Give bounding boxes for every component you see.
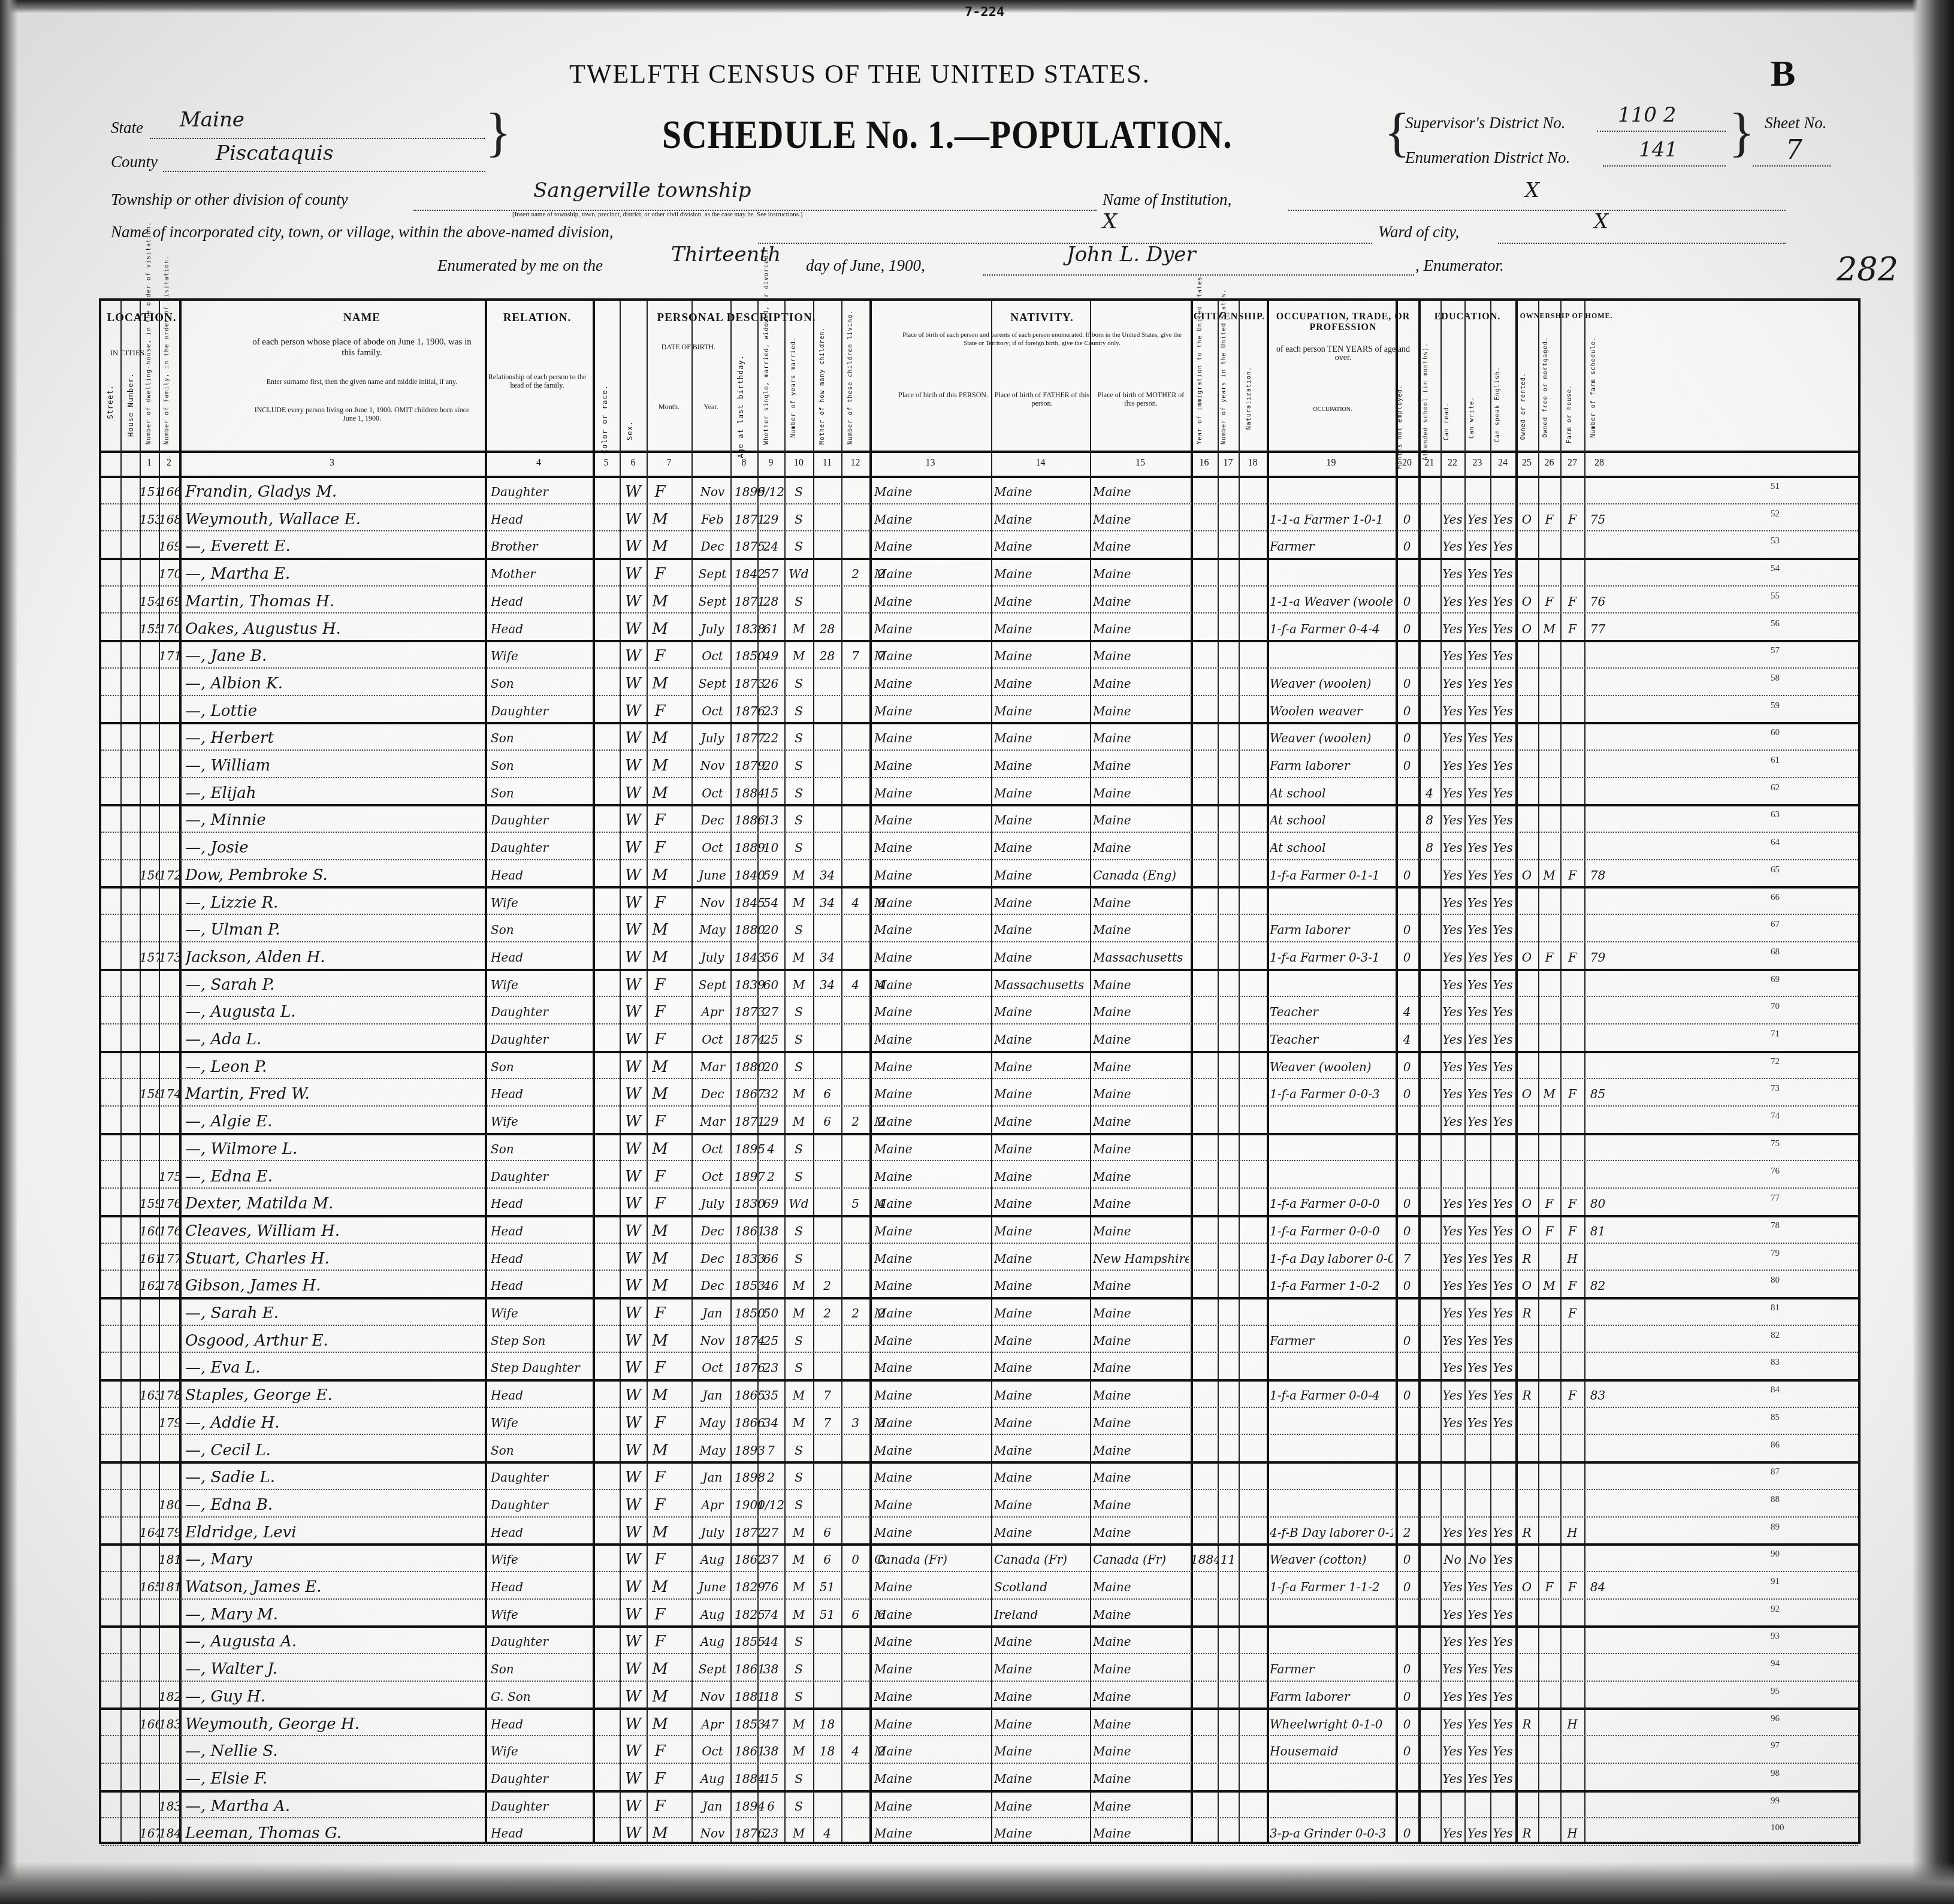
cell-bp: Maine — [874, 722, 988, 749]
cell-own: R — [1515, 1379, 1538, 1407]
cell-color: W — [620, 1489, 647, 1516]
cell-fs — [1584, 1133, 1611, 1160]
cell-rd: Yes — [1440, 1105, 1464, 1133]
cell-bf: Maine — [994, 749, 1090, 777]
header-occupation-sub: OCCUPATION. — [1273, 406, 1393, 414]
cell-fam: 181 — [159, 1571, 179, 1598]
cell-yus — [1218, 1598, 1239, 1626]
cell-ym: 28 — [813, 640, 841, 667]
cell-yus — [1218, 1078, 1239, 1105]
cell-fs — [1584, 476, 1611, 503]
table-row: 158174Martin, Fred W.HeadWMDec186732M6Ma… — [101, 1078, 1858, 1107]
cell-sex: F — [647, 1461, 674, 1489]
cell-name: —, Martha E. — [185, 558, 482, 585]
census-table: LOCATION. IN CITIES. NAME of each person… — [99, 298, 1861, 1844]
corner-number: 282 — [1837, 250, 1898, 288]
cell-fam: 178 — [159, 1270, 179, 1297]
cell-fm — [1538, 1543, 1560, 1571]
cell-fam: 184 — [159, 1817, 179, 1845]
cell-age: 18 — [757, 1681, 784, 1708]
cell-sex: M — [647, 1708, 674, 1736]
line-number: 81 — [1771, 1303, 1780, 1313]
cell-fm — [1538, 1297, 1560, 1325]
cell-month: Nov — [691, 749, 733, 777]
table-row: 162178Gibson, James H.HeadWMDec185346M2M… — [101, 1270, 1858, 1299]
cell-mo — [841, 530, 869, 558]
cell-sp: Yes — [1490, 613, 1515, 640]
cell-month: Sept — [691, 667, 733, 695]
cell-imm — [1191, 1160, 1218, 1188]
cell-mu — [1396, 558, 1418, 585]
scan-edge-left — [0, 0, 18, 1904]
cell-fam: 183 — [159, 1790, 179, 1818]
cell-sex: F — [647, 1105, 674, 1133]
cell-imm — [1191, 1243, 1218, 1270]
cell-mo — [841, 1133, 869, 1160]
cell-ym — [813, 1023, 841, 1051]
cell-rd: Yes — [1440, 914, 1464, 941]
cell-ym — [813, 558, 841, 585]
cell-wr: Yes — [1464, 1078, 1490, 1105]
county-line — [163, 171, 485, 172]
cell-wr: Yes — [1464, 1708, 1490, 1736]
cell-bp: Maine — [874, 1708, 988, 1736]
cell-fs — [1584, 1297, 1611, 1325]
cell-dw: 155 — [140, 613, 159, 640]
cell-bm: Canada (Eng) — [1093, 859, 1189, 887]
column-number: 7 — [647, 451, 691, 476]
cell-name: Frandin, Gladys M. — [185, 476, 482, 503]
cell-name: Martin, Thomas H. — [185, 585, 482, 613]
cell-nat — [1239, 969, 1267, 996]
cell-own — [1515, 1023, 1538, 1051]
cell-bf: Maine — [994, 613, 1090, 640]
cell-mar: M — [784, 1297, 813, 1325]
cell-bf: Maine — [994, 1708, 1090, 1736]
cell-month: Dec — [691, 1215, 733, 1243]
cell-sch — [1418, 667, 1440, 695]
cell-month: Oct — [691, 1352, 733, 1379]
cell-fs: 81 — [1584, 1215, 1611, 1243]
cell-bp: Maine — [874, 558, 988, 585]
cell-mu: 2 — [1396, 1516, 1418, 1544]
cell-sex: M — [647, 722, 674, 749]
cell-fh — [1560, 1105, 1584, 1133]
cell-rel: Daughter — [491, 1023, 590, 1051]
cell-fs: 79 — [1584, 941, 1611, 969]
cell-rel: Wife — [491, 969, 590, 996]
cell-sex: F — [647, 804, 674, 832]
cell-sp: Yes — [1490, 969, 1515, 996]
cell-bm: Maine — [1093, 1461, 1189, 1489]
cell-fs — [1584, 530, 1611, 558]
cell-mu — [1396, 1407, 1418, 1434]
cell-bm: Maine — [1093, 1352, 1189, 1379]
cell-dw — [140, 530, 159, 558]
cell-imm — [1191, 1434, 1218, 1462]
cell-occ — [1270, 1598, 1393, 1626]
cell-bm: Maine — [1093, 1133, 1189, 1160]
cell-ym: 4 — [813, 1817, 841, 1845]
cell-sex: M — [647, 1681, 674, 1708]
cell-color: W — [620, 1187, 647, 1215]
cell-own — [1515, 804, 1538, 832]
cell-ym: 6 — [813, 1105, 841, 1133]
cell-sex: M — [647, 585, 674, 613]
cell-own: R — [1515, 1817, 1538, 1845]
cell-bm: Maine — [1093, 1270, 1189, 1297]
cell-sex: M — [647, 749, 674, 777]
state-line — [150, 138, 485, 139]
column-number: 14 — [991, 451, 1090, 476]
cell-nat — [1239, 887, 1267, 914]
cell-mu: 7 — [1396, 1243, 1418, 1270]
table-row: 155170Oakes, Augustus H.HeadWMJuly183861… — [101, 613, 1858, 643]
cell-mu: 0 — [1396, 1681, 1418, 1708]
cell-rd: Yes — [1440, 1407, 1464, 1434]
supervisor-line — [1597, 131, 1726, 132]
cell-name: Martin, Fred W. — [185, 1078, 482, 1105]
cell-bf: Maine — [994, 1763, 1090, 1790]
cell-bm: Maine — [1093, 1051, 1189, 1078]
cell-sch: 8 — [1418, 832, 1440, 859]
cell-bf: Maine — [994, 1379, 1090, 1407]
cell-yus — [1218, 887, 1239, 914]
cell-color: W — [620, 1543, 647, 1571]
cell-rd: Yes — [1440, 1051, 1464, 1078]
cell-bp: Maine — [874, 640, 988, 667]
cell-age: 60 — [757, 969, 784, 996]
cell-sch — [1418, 1735, 1440, 1763]
supervisor-label: Supervisor's District No. — [1405, 114, 1566, 132]
cell-fh — [1560, 1133, 1584, 1160]
cell-rd — [1440, 1461, 1464, 1489]
cell-sex: M — [647, 914, 674, 941]
cell-bf: Maine — [994, 1653, 1090, 1681]
line-number: 83 — [1771, 1358, 1780, 1368]
line-number: 97 — [1771, 1741, 1780, 1751]
cell-imm — [1191, 969, 1218, 996]
cell-age: 22 — [757, 722, 784, 749]
line-number: 95 — [1771, 1687, 1780, 1697]
city-value: X — [1103, 210, 1117, 234]
cell-fam: 173 — [159, 941, 179, 969]
cell-nat — [1239, 1352, 1267, 1379]
institution-label: Name of Institution, — [1103, 191, 1231, 209]
cell-color: W — [620, 476, 647, 503]
cell-mo: 7 — [841, 640, 869, 667]
line-number: 62 — [1771, 783, 1780, 793]
cell-color: W — [620, 530, 647, 558]
cell-month: Aug — [691, 1598, 733, 1626]
cell-fs — [1584, 667, 1611, 695]
cell-age: 15 — [757, 1763, 784, 1790]
cell-occ: 1-f-a Farmer 0-3-1 — [1270, 941, 1393, 969]
cell-ym — [813, 1160, 841, 1188]
cell-month: Mar — [691, 1105, 733, 1133]
cell-bf: Maine — [994, 804, 1090, 832]
cell-fm — [1538, 1352, 1560, 1379]
county-value: Piscataquis — [216, 141, 333, 165]
cell-mo — [841, 804, 869, 832]
cell-occ: Wheelwright 0-1-0 — [1270, 1708, 1393, 1736]
cell-sp: Yes — [1490, 1243, 1515, 1270]
cell-fm: M — [1538, 859, 1560, 887]
cell-color: W — [620, 969, 647, 996]
table-row: —, Eva L.Step DaughterWFOct187623SMaineM… — [101, 1352, 1858, 1382]
cell-dw: 157 — [140, 941, 159, 969]
cell-sp — [1490, 1133, 1515, 1160]
cell-month: Nov — [691, 1325, 733, 1352]
cell-month: Oct — [691, 695, 733, 723]
cell-bm: Maine — [1093, 1325, 1189, 1352]
cell-rel: Head — [491, 1078, 590, 1105]
cell-mu — [1396, 1434, 1418, 1462]
cell-sch — [1418, 1708, 1440, 1736]
line-number: 80 — [1771, 1276, 1780, 1286]
cell-mu — [1396, 1297, 1418, 1325]
cell-dw — [140, 1489, 159, 1516]
cell-fam — [159, 996, 179, 1023]
table-row: —, Lizzie R.WifeWFNov184554M3449MaineMai… — [101, 887, 1858, 915]
cell-fam — [159, 969, 179, 996]
cell-wr — [1464, 476, 1490, 503]
cell-wr: Yes — [1464, 1407, 1490, 1434]
line-number: 84 — [1771, 1385, 1780, 1395]
cell-fh — [1560, 777, 1584, 805]
cell-mo — [841, 1078, 869, 1105]
cell-sch: 8 — [1418, 804, 1440, 832]
column-number: 26 — [1538, 451, 1560, 476]
cell-rel: Son — [491, 1653, 590, 1681]
cell-fh — [1560, 1434, 1584, 1462]
cell-fm — [1538, 695, 1560, 723]
cell-nat — [1239, 640, 1267, 667]
cell-ym — [813, 777, 841, 805]
cell-age: 24 — [757, 530, 784, 558]
cell-fh: F — [1560, 941, 1584, 969]
cell-dw — [140, 1160, 159, 1188]
cell-mo — [841, 1243, 869, 1270]
cell-dw — [140, 1790, 159, 1818]
cell-mar: M — [784, 1735, 813, 1763]
line-number: 60 — [1771, 728, 1780, 738]
cell-sch — [1418, 859, 1440, 887]
cell-fh: F — [1560, 1078, 1584, 1105]
cell-sch — [1418, 1379, 1440, 1407]
cell-mar: S — [784, 777, 813, 805]
cell-sch — [1418, 1763, 1440, 1790]
cell-rel: Daughter — [491, 1160, 590, 1188]
cell-mar: S — [784, 749, 813, 777]
cell-age: 74 — [757, 1598, 784, 1626]
cell-occ — [1270, 1407, 1393, 1434]
cell-bm: Maine — [1093, 1489, 1189, 1516]
vh-family: Number of family, in the order of visita… — [164, 337, 170, 445]
cell-age: 66 — [757, 1243, 784, 1270]
cell-color: W — [620, 503, 647, 531]
column-number: 12 — [841, 451, 869, 476]
schedule-title: SCHEDULE No. 1.—POPULATION. — [662, 111, 1233, 158]
cell-wr: Yes — [1464, 530, 1490, 558]
cell-color: W — [620, 722, 647, 749]
cell-mar: S — [784, 1133, 813, 1160]
cell-rel: Son — [491, 667, 590, 695]
cell-rel: Wife — [491, 887, 590, 914]
cell-imm — [1191, 1461, 1218, 1489]
cell-fh — [1560, 1023, 1584, 1051]
cell-color: W — [620, 1160, 647, 1188]
cell-rd — [1440, 1489, 1464, 1516]
cell-yus — [1218, 585, 1239, 613]
cell-imm — [1191, 1078, 1218, 1105]
cell-yus — [1218, 667, 1239, 695]
cell-name: —, Minnie — [185, 804, 482, 832]
cell-dw: 166 — [140, 1708, 159, 1736]
cell-sp — [1490, 476, 1515, 503]
cell-month: June — [691, 1571, 733, 1598]
cell-rd: Yes — [1440, 749, 1464, 777]
cell-age: 38 — [757, 1215, 784, 1243]
cell-rel: Head — [491, 1270, 590, 1297]
cell-own — [1515, 1407, 1538, 1434]
cell-wr: Yes — [1464, 1598, 1490, 1626]
cell-bp: Maine — [874, 1407, 988, 1434]
line-number: 55 — [1771, 591, 1780, 602]
cell-rel: Head — [491, 1187, 590, 1215]
cell-name: —, Ada L. — [185, 1023, 482, 1051]
cell-fs — [1584, 887, 1611, 914]
cell-color: W — [620, 1379, 647, 1407]
cell-month: Aug — [691, 1625, 733, 1653]
line-number: 59 — [1771, 701, 1780, 711]
column-number: 27 — [1560, 451, 1584, 476]
cell-mu: 0 — [1396, 1051, 1418, 1078]
cell-sch — [1418, 1461, 1440, 1489]
line-number: 74 — [1771, 1111, 1780, 1122]
cell-ym — [813, 804, 841, 832]
cell-bf: Maine — [994, 1817, 1090, 1845]
cell-mu — [1396, 1160, 1418, 1188]
cell-fs — [1584, 1653, 1611, 1681]
cell-age: 29 — [757, 503, 784, 531]
cell-bp: Maine — [874, 1051, 988, 1078]
cell-fs — [1584, 777, 1611, 805]
cell-imm — [1191, 1379, 1218, 1407]
cell-month: Feb — [691, 503, 733, 531]
cell-wr: Yes — [1464, 1325, 1490, 1352]
cell-sch — [1418, 887, 1440, 914]
cell-yus — [1218, 1681, 1239, 1708]
cell-color: W — [620, 1653, 647, 1681]
cell-mu: 0 — [1396, 1325, 1418, 1352]
cell-own — [1515, 1653, 1538, 1681]
cell-mu — [1396, 969, 1418, 996]
cell-bp: Maine — [874, 887, 988, 914]
cell-mar: S — [784, 1352, 813, 1379]
cell-color: W — [620, 1352, 647, 1379]
cell-dw: 165 — [140, 1571, 159, 1598]
cell-rel: Daughter — [491, 1489, 590, 1516]
cell-bf: Maine — [994, 503, 1090, 531]
cell-fam — [159, 777, 179, 805]
cell-sch — [1418, 1078, 1440, 1105]
cell-rd: Yes — [1440, 613, 1464, 640]
vh-attended-school: Attended school (in months). — [1423, 343, 1429, 461]
cell-bm: Maine — [1093, 476, 1189, 503]
cell-sp: Yes — [1490, 1105, 1515, 1133]
cell-bp: Maine — [874, 585, 988, 613]
vh-farm-house: Farm or house. — [1566, 385, 1573, 443]
cell-wr — [1464, 1133, 1490, 1160]
cell-fam — [159, 1461, 179, 1489]
cell-rd: Yes — [1440, 996, 1464, 1023]
cell-occ — [1270, 640, 1393, 667]
cell-bm: Maine — [1093, 1215, 1189, 1243]
column-number: 24 — [1490, 451, 1515, 476]
cell-month: Oct — [691, 832, 733, 859]
cell-rel: Head — [491, 613, 590, 640]
cell-occ: Farm laborer — [1270, 914, 1393, 941]
cell-yus — [1218, 1187, 1239, 1215]
cell-bp: Maine — [874, 1516, 988, 1544]
cell-imm — [1191, 941, 1218, 969]
cell-bp: Maine — [874, 804, 988, 832]
cell-yus — [1218, 1105, 1239, 1133]
cell-bf: Maine — [994, 1790, 1090, 1818]
cell-nat — [1239, 613, 1267, 640]
cell-bm: Maine — [1093, 1379, 1189, 1407]
cell-own — [1515, 832, 1538, 859]
cell-imm — [1191, 613, 1218, 640]
cell-name: —, Lottie — [185, 695, 482, 723]
cell-mu: 4 — [1396, 996, 1418, 1023]
cell-sch — [1418, 1160, 1440, 1188]
cell-rel: Head — [491, 1215, 590, 1243]
scan-edge-right — [1912, 0, 1954, 1904]
cell-wr: Yes — [1464, 613, 1490, 640]
table-row: 169—, Everett E.BrotherWMDec187524SMaine… — [101, 530, 1858, 560]
cell-name: —, Edna E. — [185, 1160, 482, 1188]
cell-mu: 0 — [1396, 722, 1418, 749]
cell-nat — [1239, 1270, 1267, 1297]
header-education: EDUCATION. — [1420, 312, 1515, 322]
cell-sch — [1418, 1023, 1440, 1051]
table-row: 166183Weymouth, George H.HeadWMApr185347… — [101, 1708, 1858, 1737]
cell-age: 27 — [757, 1516, 784, 1544]
cell-wr: Yes — [1464, 1297, 1490, 1325]
vh-years-us: Number of years in the United States. — [1221, 343, 1227, 445]
cell-name: Weymouth, Wallace E. — [185, 503, 482, 531]
cell-wr: Yes — [1464, 585, 1490, 613]
cell-sch: 4 — [1418, 777, 1440, 805]
header-name-enter: Enter surname first, then the given name… — [251, 377, 473, 386]
cell-age: 23 — [757, 1817, 784, 1845]
cell-nat — [1239, 476, 1267, 503]
cell-rd: Yes — [1440, 969, 1464, 996]
cell-imm — [1191, 1297, 1218, 1325]
cell-dw — [140, 1352, 159, 1379]
cell-month: Aug — [691, 1543, 733, 1571]
cell-month: July — [691, 613, 733, 640]
cell-mar: S — [784, 1763, 813, 1790]
cell-mu — [1396, 1133, 1418, 1160]
cell-wr: Yes — [1464, 667, 1490, 695]
cell-fh: F — [1560, 1270, 1584, 1297]
cell-imm — [1191, 1407, 1218, 1434]
line-number: 72 — [1771, 1057, 1780, 1067]
cell-bp: Maine — [874, 1023, 988, 1051]
